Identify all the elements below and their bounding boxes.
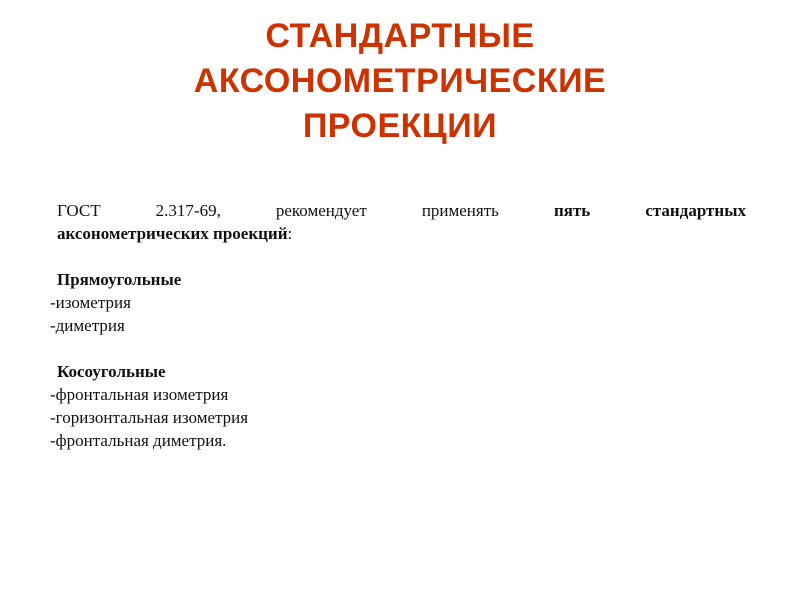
group-rectangular: Прямоугольные -изометрия -диметрия — [57, 268, 746, 337]
slide-title: СТАНДАРТНЫЕ АКСОНОМЕТРИЧЕСКИЕ ПРОЕКЦИИ — [0, 14, 800, 149]
intro-word: применять — [422, 199, 499, 222]
list-item: -фронтальная изометрия — [50, 383, 746, 406]
list-item: -изометрия — [50, 291, 746, 314]
intro-paragraph: ГОСТ 2.317-69, рекомендует применять пят… — [57, 199, 746, 245]
title-line: СТАНДАРТНЫЕ — [0, 14, 800, 59]
intro-word-bold: пять — [554, 199, 590, 222]
title-line: ПРОЕКЦИИ — [0, 104, 800, 149]
intro-word: ГОСТ — [57, 199, 101, 222]
intro-word: 2.317-69, — [156, 199, 221, 222]
group-heading: Прямоугольные — [57, 268, 746, 291]
list-item: -фронтальная диметрия. — [50, 429, 746, 452]
intro-bold-phrase: аксонометрических проекций — [57, 224, 288, 243]
intro-line-1: ГОСТ 2.317-69, рекомендует применять пят… — [57, 199, 746, 222]
intro-line-2: аксонометрических проекций: — [57, 222, 746, 245]
list-item: -диметрия — [50, 314, 746, 337]
intro-suffix: : — [288, 224, 293, 243]
group-oblique: Косоугольные -фронтальная изометрия -гор… — [57, 360, 746, 452]
group-heading: Косоугольные — [57, 360, 746, 383]
list-item: -горизонтальная изометрия — [50, 406, 746, 429]
intro-word: рекомендует — [276, 199, 367, 222]
slide-body: ГОСТ 2.317-69, рекомендует применять пят… — [57, 199, 746, 452]
intro-word-bold: стандартных — [645, 199, 746, 222]
title-line: АКСОНОМЕТРИЧЕСКИЕ — [0, 59, 800, 104]
